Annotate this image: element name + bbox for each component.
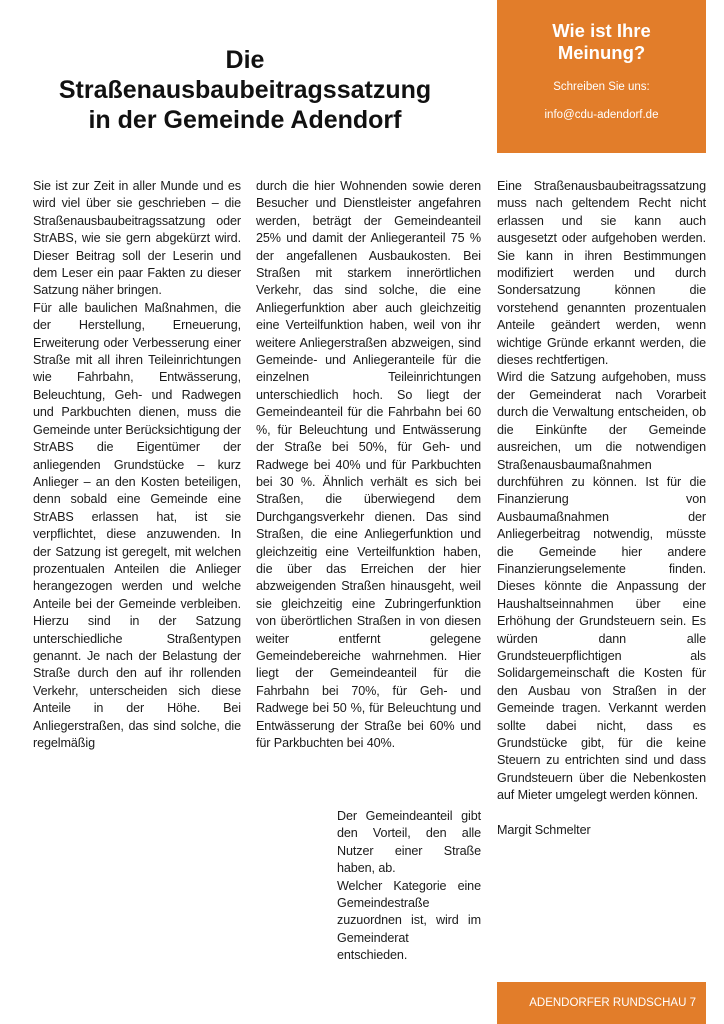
article-title: Die Straßenausbaubeitragssatzung in der … [30, 45, 460, 135]
paragraph: Sie ist zur Zeit in aller Munde und es w… [33, 178, 241, 300]
title-line-3: in der Gemeinde Adendorf [30, 105, 460, 135]
article-column-2: durch die hier Wohnenden sowie deren Bes… [256, 178, 481, 752]
paragraph: Eine Straßenausbaubeitragssatzung muss n… [497, 178, 706, 369]
paragraph: Der Gemeindeanteil gibt den Vorteil, den… [337, 808, 481, 878]
title-line-1: Die [30, 45, 460, 75]
article-column-3: Eine Straßenausbaubeitragssatzung muss n… [497, 178, 706, 839]
paragraph: durch die hier Wohnenden sowie deren Bes… [256, 178, 481, 752]
author-signature: Margit Schmelter [497, 822, 706, 839]
callout-heading-line-1: Wie ist Ihre [497, 20, 706, 42]
callout-heading-line-2: Meinung? [497, 42, 706, 64]
paragraph: Wird die Satzung aufgehoben, muss der Ge… [497, 369, 706, 804]
title-line-2: Straßenausbaubeitragssatzung [30, 75, 460, 105]
paragraph: Welcher Kategorie eine Gemeindestraße zu… [337, 878, 481, 965]
footer-label: ADENDORFER RUNDSCHAU 7 [529, 997, 696, 1009]
article-column-2-continuation: Der Gemeindeanteil gibt den Vorteil, den… [337, 808, 481, 965]
callout-heading: Wie ist Ihre Meinung? [497, 20, 706, 64]
callout-email-link[interactable]: info@cdu-adendorf.de [497, 109, 706, 121]
article-column-1: Sie ist zur Zeit in aller Munde und es w… [33, 178, 241, 752]
paragraph: Für alle baulichen Maßnahmen, die der He… [33, 300, 241, 753]
opinion-callout-box: Wie ist Ihre Meinung? Schreiben Sie uns:… [497, 0, 706, 153]
callout-subtext: Schreiben Sie uns: [497, 81, 706, 93]
page-footer: ADENDORFER RUNDSCHAU 7 [497, 982, 706, 1024]
